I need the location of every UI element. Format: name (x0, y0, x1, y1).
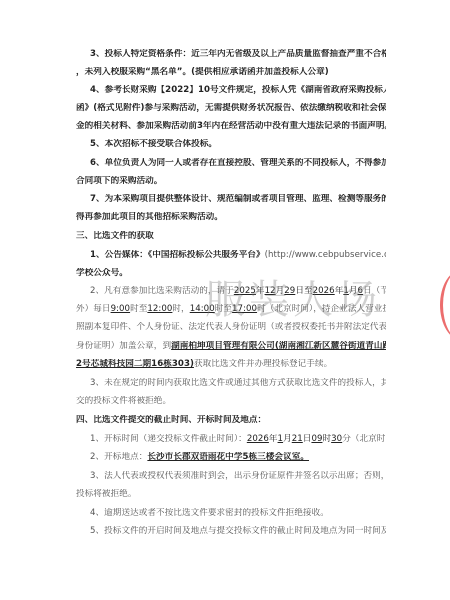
text-line: 交的投标文件将被拒绝。 (76, 396, 386, 407)
text-segment: 21 (292, 434, 303, 444)
text-line: 合同项下的采购活动。 (76, 176, 386, 187)
text-line: 函》(格式见附件)参与采购活动，无需提供财务状况报告、依法缴纳税收和社会保障资 (76, 103, 386, 114)
text-line: 3、法人代表或授权代表须准时到会，出示身份证原件并签名以示出席；否则，其 (90, 471, 386, 482)
text-segment: 身份证明）加盖公章，到 (76, 341, 171, 351)
text-segment: 6、单位负责人为同一人或者存在直接控股、管理关系的不同投标人，不得参加同一 (90, 158, 386, 168)
text-segment: 9:00 (111, 304, 131, 314)
text-segment: 2026 (247, 434, 269, 444)
text-line: 身份证明）加盖公章，到湖南柏坤项目管理有限公司(湖南湘江新区麓谷街道青山路66 (76, 341, 386, 352)
text-segment: 7、为本采购项目提供整体设计、规范编制或者项目管理、监理、检测等服务的，不 (90, 194, 386, 204)
text-segment: ，未列入校服采购“黑名单”。(提供相应承诺函并加盖投标人公章) (76, 67, 329, 77)
text-segment: 长沙市长郡双语雨花中学5栋三楼会议室。 (147, 452, 309, 462)
text-segment: 金的相关材料、参加采购活动前3年内在经营活动中没有重大违法记录的书面声明。 (76, 121, 386, 131)
text-segment: 获取比选文件并办理投标登记手续。 (194, 359, 332, 369)
text-line: 2号芯城科技园二期16栋303)获取比选文件并办理投标登记手续。 (76, 359, 386, 370)
text-segment: 学校公众号。 (76, 268, 128, 278)
text-line: 3、投标人特定资格条件：近三年内无省级及以上产品质量监督抽查严重不合格记录 (90, 49, 386, 60)
text-segment: 投标将被拒绝。 (76, 489, 137, 499)
text-line: 5、投标文件的开启时间及地点与提交投标文件的截止时间及地点为同一时间及地 (90, 526, 386, 537)
text-segment: 4、参考长财采购【2022】10号文件规定，投标人凭《湖南省政府采购投标人资格承… (90, 85, 386, 95)
text-segment: 得再参加此项目的其他招标采购活动。 (76, 212, 223, 222)
text-segment: 三、比选文件的获取 (76, 231, 154, 241)
text-segment: 3、投标人特定资格条件：近三年内无省级及以上产品质量监督抽查严重不合格记录 (90, 49, 386, 59)
text-line: 3、未在规定的时间内获取比选文件或通过其他方式获取比选文件的投标人，其递 (90, 378, 386, 389)
text-segment: 月 (283, 434, 292, 444)
text-line: 1、开标时间（递交投标文件截止时间）：2026年1月21日09时30分（北京时间… (90, 434, 386, 445)
text-segment: 时， (172, 304, 189, 314)
text-line: 金的相关材料、参加采购活动前3年内在经营活动中没有重大违法记录的书面声明。 (76, 121, 386, 132)
text-segment: 时 (322, 434, 331, 444)
text-segment: 30 (331, 434, 342, 444)
text-segment: 2、开标地点： (90, 452, 147, 462)
text-segment: 分（北京时间）。 (342, 434, 386, 444)
text-line: 7、为本采购项目提供整体设计、规范编制或者项目管理、监理、检测等服务的，不 (90, 194, 386, 205)
text-line: 四、比选文件提交的截止时间、开标时间及地点： (76, 415, 386, 426)
text-segment: 年 (269, 434, 278, 444)
text-line: 4、逾期送达或者不按比选文件要求密封的投标文件拒绝接收。 (90, 508, 386, 519)
text-segment: 四、比选文件提交的截止时间、开标时间及地点： (76, 415, 266, 425)
text-line: 投标将被拒绝。 (76, 489, 386, 500)
text-line: ，未列入校服采购“黑名单”。(提供相应承诺函并加盖投标人公章) (76, 67, 386, 78)
text-segment: 3、法人代表或授权代表须准时到会，出示身份证原件并签名以示出席；否则，其 (90, 471, 386, 481)
text-segment: 3、未在规定的时间内获取比选文件或通过其他方式获取比选文件的投标人，其递 (90, 378, 386, 388)
text-segment: 湖南柏坤项目管理有限公司(湖南湘江新区麓谷街道青山路66 (171, 341, 386, 351)
text-segment: 12:00 (147, 304, 172, 314)
text-segment: 交的投标文件将被拒绝。 (76, 396, 171, 406)
text-segment: 5、本次招标不接受联合体投标。 (90, 139, 217, 149)
text-segment: 5、投标文件的开启时间及地点与提交投标文件的截止时间及地点为同一时间及地 (90, 526, 386, 536)
text-line: 4、参考长财采购【2022】10号文件规定，投标人凭《湖南省政府采购投标人资格承… (90, 85, 386, 96)
text-line: 2、开标地点：长沙市长郡双语雨花中学5栋三楼会议室。 (90, 452, 386, 463)
text-segment: 4、逾期送达或者不按比选文件要求密封的投标文件拒绝接收。 (90, 508, 329, 518)
watermark: 服装人场 (205, 268, 381, 325)
text-segment: 2号芯城科技园二期16栋303) (76, 359, 194, 369)
text-segment: 《中国招标投标公共服务平台》 (148, 250, 265, 260)
text-segment: 09 (311, 434, 322, 444)
text-line: 1、公告媒体：《中国招标投标公共服务平台》(http://www.cebpubs… (90, 250, 386, 261)
text-segment: 合同项下的采购活动。 (76, 176, 162, 186)
text-line: 6、单位负责人为同一人或者存在直接控股、管理关系的不同投标人，不得参加同一 (90, 158, 386, 169)
text-line: 三、比选文件的获取 (76, 231, 386, 242)
text-segment: 1、公告媒体： (90, 250, 148, 260)
text-segment: (http://www.cebpubservice.com/)、 (265, 250, 386, 260)
text-segment: 函》(格式见附件)参与采购活动，无需提供财务状况报告、依法缴纳税收和社会保障资 (76, 103, 386, 113)
text-line: 5、本次招标不接受联合体投标。 (90, 139, 386, 150)
text-line: 得再参加此项目的其他招标采购活动。 (76, 212, 386, 223)
text-segment: 外）每日 (76, 304, 111, 314)
text-segment: 1、开标时间（递交投标文件截止时间）： (90, 434, 247, 444)
text-segment: 时至 (130, 304, 147, 314)
